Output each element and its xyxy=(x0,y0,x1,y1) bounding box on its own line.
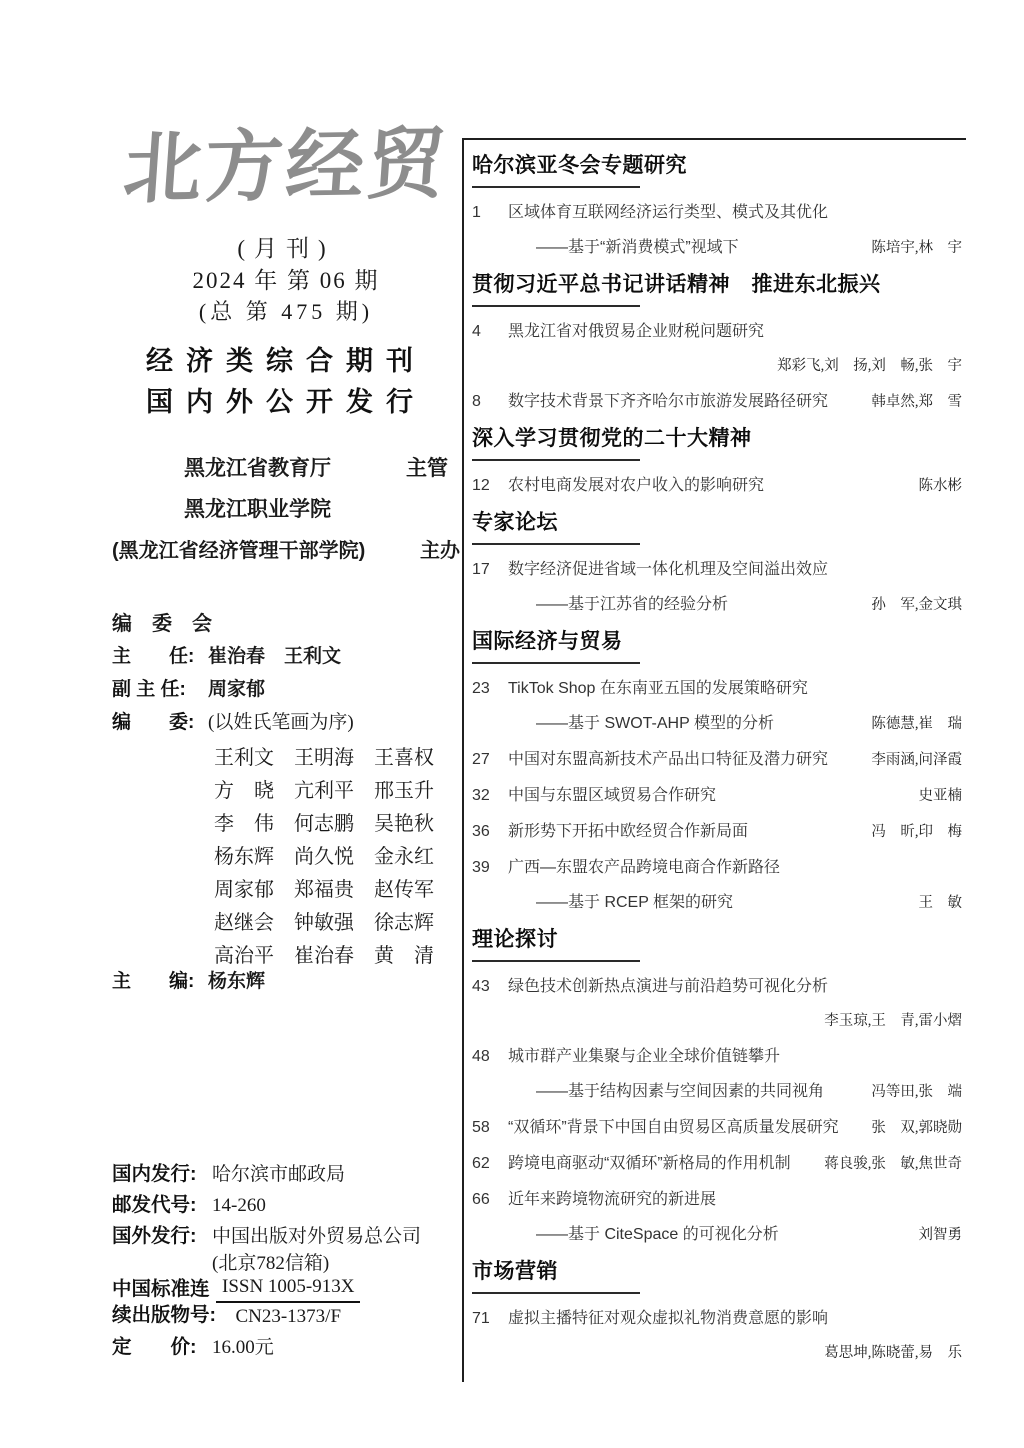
chief-editor-name: 杨东辉 xyxy=(208,966,265,993)
toc-item-authors: 史亚楠 xyxy=(905,784,963,809)
editorial-board-title: 编 委 会 xyxy=(112,607,212,636)
toc-item: 23 TikTok Shop 在东南亚五国的发展策略研究 xyxy=(472,676,962,701)
section-underline xyxy=(472,662,640,664)
domestic-distribution-line: 国内发行: 哈尔滨市邮政局 xyxy=(112,1158,345,1186)
director-label: 主 任: xyxy=(112,641,208,668)
toc-subtitle: ——基于江苏省的经验分析 孙 军,金文琪 xyxy=(472,592,962,618)
director-names: 崔治春 王利文 xyxy=(208,641,341,668)
toc-section-header: 国际经济与贸易 xyxy=(472,628,962,664)
organizer-line2: (黑龙江省经济管理干部学院) 主办 xyxy=(112,534,460,563)
section-underline xyxy=(472,1292,640,1294)
toc-item-title: 新形势下开拓中欧经贸合作新局面 xyxy=(508,819,748,844)
toc-section-title: 专家论坛 xyxy=(472,509,962,537)
journal-frequency: (月刊) xyxy=(112,230,460,263)
toc-page-number: 17 xyxy=(472,557,508,582)
toc-item-authors: 韩卓然,郑 雪 xyxy=(857,390,962,415)
board-deputy-line: 副 主 任: 周家郁 xyxy=(112,674,265,701)
organizer-name-line2: (黑龙江省经济管理干部学院) xyxy=(112,534,365,563)
issn-number: ISSN 1005-913X xyxy=(216,1276,360,1303)
volume-number: (总 第 475 期) xyxy=(112,295,460,326)
foreign-po-box: (北京782信箱) xyxy=(212,1248,329,1275)
toc-subtitle-text: ——基于 CiteSpace 的可视化分析 xyxy=(472,1222,779,1247)
toc-page-number: 71 xyxy=(472,1306,508,1331)
toc-section-title: 深入学习贯彻党的二十大精神 xyxy=(472,425,962,453)
toc-section-header: 专家论坛 xyxy=(472,509,962,545)
toc-page-number: 39 xyxy=(472,855,508,880)
chief-editor-label: 主 编: xyxy=(112,966,208,993)
postal-code-value: 14-260 xyxy=(212,1195,266,1217)
board-member-row: 杨东辉 尚久悦 金永红 xyxy=(214,840,434,869)
board-member-row: 赵继会 钟敏强 徐志辉 xyxy=(214,906,434,935)
toc-page-number: 66 xyxy=(472,1187,508,1212)
toc-item: 48 城市群产业集聚与企业全球价值链攀升 xyxy=(472,1044,962,1069)
deputy-name: 周家郁 xyxy=(208,674,265,701)
toc-item-authors: 陈德慧,崔 瑞 xyxy=(857,712,962,737)
toc-section-title: 国际经济与贸易 xyxy=(472,628,962,656)
magazine-toc-page: 北方经贸 (月刊) 2024 年 第 06 期 (总 第 475 期) 经济类综… xyxy=(0,0,1024,1448)
toc-item: 39 广西—东盟农产品跨境电商合作新路径 xyxy=(472,855,962,880)
toc-item-authors: 陈水彬 xyxy=(905,474,963,499)
toc-item-title: 中国与东盟区域贸易合作研究 xyxy=(508,783,716,808)
toc-item-title: TikTok Shop 在东南亚五国的发展策略研究 xyxy=(508,676,808,701)
toc-subtitle: ——基于 SWOT-AHP 模型的分析 陈德慧,崔 瑞 xyxy=(472,711,962,737)
toc-page-number: 1 xyxy=(472,200,508,225)
section-underline xyxy=(472,459,640,461)
board-member-row: 高治平 崔治春 黄 清 xyxy=(214,939,434,968)
toc-item: 27 中国对东盟高新技术产品出口特征及潜力研究 李雨涵,问泽霞 xyxy=(472,747,962,773)
toc-page-number: 62 xyxy=(472,1151,508,1176)
toc-item: 58 “双循环”背景下中国自由贸易区高质量发展研究 张 双,郭晓勋 xyxy=(472,1115,962,1141)
price-label: 定 价: xyxy=(112,1331,212,1359)
board-member-row: 周家郁 郑福贵 赵传军 xyxy=(214,873,434,902)
toc-authors-line: 郑彩飞,刘 扬,刘 畅,张 宇 xyxy=(472,354,962,379)
toc-subtitle-text: ——基于 RCEP 框架的研究 xyxy=(472,890,733,915)
toc-authors-line: 李玉琼,王 青,雷小熠 xyxy=(472,1009,962,1034)
toc-page-number: 43 xyxy=(472,974,508,999)
toc-item-title: “双循环”背景下中国自由贸易区高质量发展研究 xyxy=(508,1115,839,1140)
toc-subtitle-text: ——基于 SWOT-AHP 模型的分析 xyxy=(472,711,774,736)
toc-section-title: 哈尔滨亚冬会专题研究 xyxy=(472,152,962,180)
toc-page-number: 23 xyxy=(472,676,508,701)
toc-subtitle-text: ——基于“新消费模式”视域下 xyxy=(472,235,739,260)
organizer-name-line1: 黑龙江职业学院 xyxy=(184,493,331,523)
toc-item-authors: 李玉琼,王 青,雷小熠 xyxy=(810,1009,962,1034)
toc-subtitle: ——基于 RCEP 框架的研究 王 敏 xyxy=(472,890,962,916)
journal-logo: 北方经贸 xyxy=(109,119,464,215)
toc-section-title: 市场营销 xyxy=(472,1258,962,1286)
postal-code-line: 邮发代号: 14-260 xyxy=(112,1189,266,1217)
toc-item-authors: 孙 军,金文琪 xyxy=(857,593,962,618)
price-value: 16.00元 xyxy=(212,1332,274,1359)
toc-item-title: 数字经济促进省域一体化机理及空间溢出效应 xyxy=(508,557,828,582)
supervisor-name: 黑龙江省教育厅 xyxy=(184,452,331,482)
section-underline xyxy=(472,960,640,962)
board-member-row: 王利文 王明海 王喜权 xyxy=(214,741,434,770)
section-underline xyxy=(472,305,640,307)
toc-item-title: 绿色技术创新热点演进与前沿趋势可视化分析 xyxy=(508,974,828,999)
toc-item-title: 跨境电商驱动“双循环”新格局的作用机制 xyxy=(508,1151,791,1176)
supervisor-role: 主管 xyxy=(406,452,448,482)
organizer-role: 主办 xyxy=(420,534,460,563)
domestic-value: 哈尔滨市邮政局 xyxy=(212,1159,345,1186)
supervisor-line: 黑龙江省教育厅 主管 xyxy=(112,452,460,482)
toc-item: 62 跨境电商驱动“双循环”新格局的作用机制 蒋良骏,张 敏,焦世奇 xyxy=(472,1151,962,1177)
chief-editor-line: 主 编: 杨东辉 xyxy=(112,966,265,993)
issn-label: 中国标准连 续出版物号: xyxy=(112,1276,212,1328)
toc-section-header: 贯彻习近平总书记讲话精神 推进东北振兴 xyxy=(472,271,962,307)
toc-item-title: 近年来跨境物流研究的新进展 xyxy=(508,1187,716,1212)
board-members-label-line: 编 委: (以姓氏笔画为序) xyxy=(112,707,354,734)
toc-item-title: 虚拟主播特征对观众虚拟礼物消费意愿的影响 xyxy=(508,1306,828,1331)
toc-page-number: 8 xyxy=(472,389,508,414)
members-note: (以姓氏笔画为序) xyxy=(208,707,354,734)
foreign-label: 国外发行: xyxy=(112,1220,212,1248)
toc-item: 43 绿色技术创新热点演进与前沿趋势可视化分析 xyxy=(472,974,962,999)
toc-page-number: 32 xyxy=(472,783,508,808)
board-director-line: 主 任: 崔治春 王利文 xyxy=(112,641,341,668)
journal-category-line1: 经济类综合期刊 xyxy=(112,339,460,378)
toc-section-header: 理论探讨 xyxy=(472,926,962,962)
issue-number: 2024 年 第 06 期 xyxy=(112,262,460,295)
toc-subtitle: ——基于结构因素与空间因素的共同视角 冯等田,张 端 xyxy=(472,1079,962,1105)
toc-item: 32 中国与东盟区域贸易合作研究 史亚楠 xyxy=(472,783,962,809)
toc-page-number: 4 xyxy=(472,319,508,344)
toc-item-authors: 蒋良骏,张 敏,焦世奇 xyxy=(810,1152,962,1177)
board-member-row: 方 晓 亢利平 邢玉升 xyxy=(214,774,434,803)
issn-cn-numbers: ISSN 1005-913X CN23-1373/F xyxy=(216,1276,360,1328)
toc-item: 66 近年来跨境物流研究的新进展 xyxy=(472,1187,962,1212)
toc-section-header: 深入学习贯彻党的二十大精神 xyxy=(472,425,962,461)
cn-number: CN23-1373/F xyxy=(216,1303,360,1328)
toc-page-number: 48 xyxy=(472,1044,508,1069)
toc-page-number: 12 xyxy=(472,473,508,498)
toc-item: 71 虚拟主播特征对观众虚拟礼物消费意愿的影响 xyxy=(472,1306,962,1331)
journal-category-line2: 国内外公开发行 xyxy=(112,380,460,419)
issn-label-line2: 续出版物号: xyxy=(112,1302,212,1328)
issn-block: 中国标准连 续出版物号: ISSN 1005-913X CN23-1373/F xyxy=(112,1276,360,1328)
board-member-row: 李 伟 何志鹏 吴艳秋 xyxy=(214,807,434,836)
domestic-label: 国内发行: xyxy=(112,1158,212,1186)
toc-item-title: 数字技术背景下齐齐哈尔市旅游发展路径研究 xyxy=(508,389,828,414)
toc-subtitle-text: ——基于江苏省的经验分析 xyxy=(472,592,728,617)
toc-section-title: 贯彻习近平总书记讲话精神 推进东北振兴 xyxy=(472,271,962,299)
price-line: 定 价: 16.00元 xyxy=(112,1331,274,1359)
toc-item-authors: 王 敏 xyxy=(905,891,963,916)
toc-item-title: 黑龙江省对俄贸易企业财税问题研究 xyxy=(508,319,764,344)
section-underline xyxy=(472,543,640,545)
foreign-distribution-line: 国外发行: 中国出版对外贸易总公司 xyxy=(112,1220,421,1248)
toc-page-number: 27 xyxy=(472,747,508,772)
toc-item-title: 区域体育互联网经济运行类型、模式及其优化 xyxy=(508,200,828,225)
toc-item-title: 农村电商发展对农户收入的影响研究 xyxy=(508,473,764,498)
toc-item: 36 新形势下开拓中欧经贸合作新局面 冯 昕,印 梅 xyxy=(472,819,962,845)
toc-item-authors: 冯等田,张 端 xyxy=(857,1080,962,1105)
toc-item: 1 区域体育互联网经济运行类型、模式及其优化 xyxy=(472,200,962,225)
toc-item-title: 中国对东盟高新技术产品出口特征及潜力研究 xyxy=(508,747,828,772)
toc-item-authors: 葛思坤,陈晓蕾,易 乐 xyxy=(810,1341,962,1366)
toc-section-header: 市场营销 xyxy=(472,1258,962,1294)
toc-page-number: 58 xyxy=(472,1115,508,1140)
toc-page-number: 36 xyxy=(472,819,508,844)
toc-authors-line: 葛思坤,陈晓蕾,易 乐 xyxy=(472,1341,962,1366)
deputy-label: 副 主 任: xyxy=(112,674,208,701)
section-underline xyxy=(472,186,640,188)
postal-code-label: 邮发代号: xyxy=(112,1189,212,1217)
toc-item: 8 数字技术背景下齐齐哈尔市旅游发展路径研究 韩卓然,郑 雪 xyxy=(472,389,962,415)
toc-subtitle-text: ——基于结构因素与空间因素的共同视角 xyxy=(472,1079,824,1104)
foreign-value: 中国出版对外贸易总公司 xyxy=(212,1221,421,1248)
members-label: 编 委: xyxy=(112,707,208,734)
table-of-contents: 哈尔滨亚冬会专题研究 1 区域体育互联网经济运行类型、模式及其优化 ——基于“新… xyxy=(462,138,966,1382)
toc-subtitle: ——基于“新消费模式”视域下 陈培宇,林 宇 xyxy=(472,235,962,261)
left-column: 北方经贸 (月刊) 2024 年 第 06 期 (总 第 475 期) 经济类综… xyxy=(112,0,460,1448)
toc-item: 17 数字经济促进省域一体化机理及空间溢出效应 xyxy=(472,557,962,582)
toc-section-header: 哈尔滨亚冬会专题研究 xyxy=(472,152,962,188)
toc-item: 12 农村电商发展对农户收入的影响研究 陈水彬 xyxy=(472,473,962,499)
toc-item-title: 广西—东盟农产品跨境电商合作新路径 xyxy=(508,855,780,880)
toc-item-authors: 郑彩飞,刘 扬,刘 畅,张 宇 xyxy=(763,354,962,379)
toc-item-authors: 李雨涵,问泽霞 xyxy=(857,748,962,773)
toc-item-authors: 冯 昕,印 梅 xyxy=(857,820,962,845)
toc-item: 4 黑龙江省对俄贸易企业财税问题研究 xyxy=(472,319,962,344)
toc-item-title: 城市群产业集聚与企业全球价值链攀升 xyxy=(508,1044,780,1069)
issn-label-line1: 中国标准连 xyxy=(112,1276,212,1302)
toc-subtitle: ——基于 CiteSpace 的可视化分析 刘智勇 xyxy=(472,1222,962,1248)
toc-section-title: 理论探讨 xyxy=(472,926,962,954)
toc-item-authors: 陈培宇,林 宇 xyxy=(857,236,962,261)
toc-item-authors: 张 双,郭晓勋 xyxy=(857,1116,962,1141)
toc-item-authors: 刘智勇 xyxy=(905,1223,963,1248)
